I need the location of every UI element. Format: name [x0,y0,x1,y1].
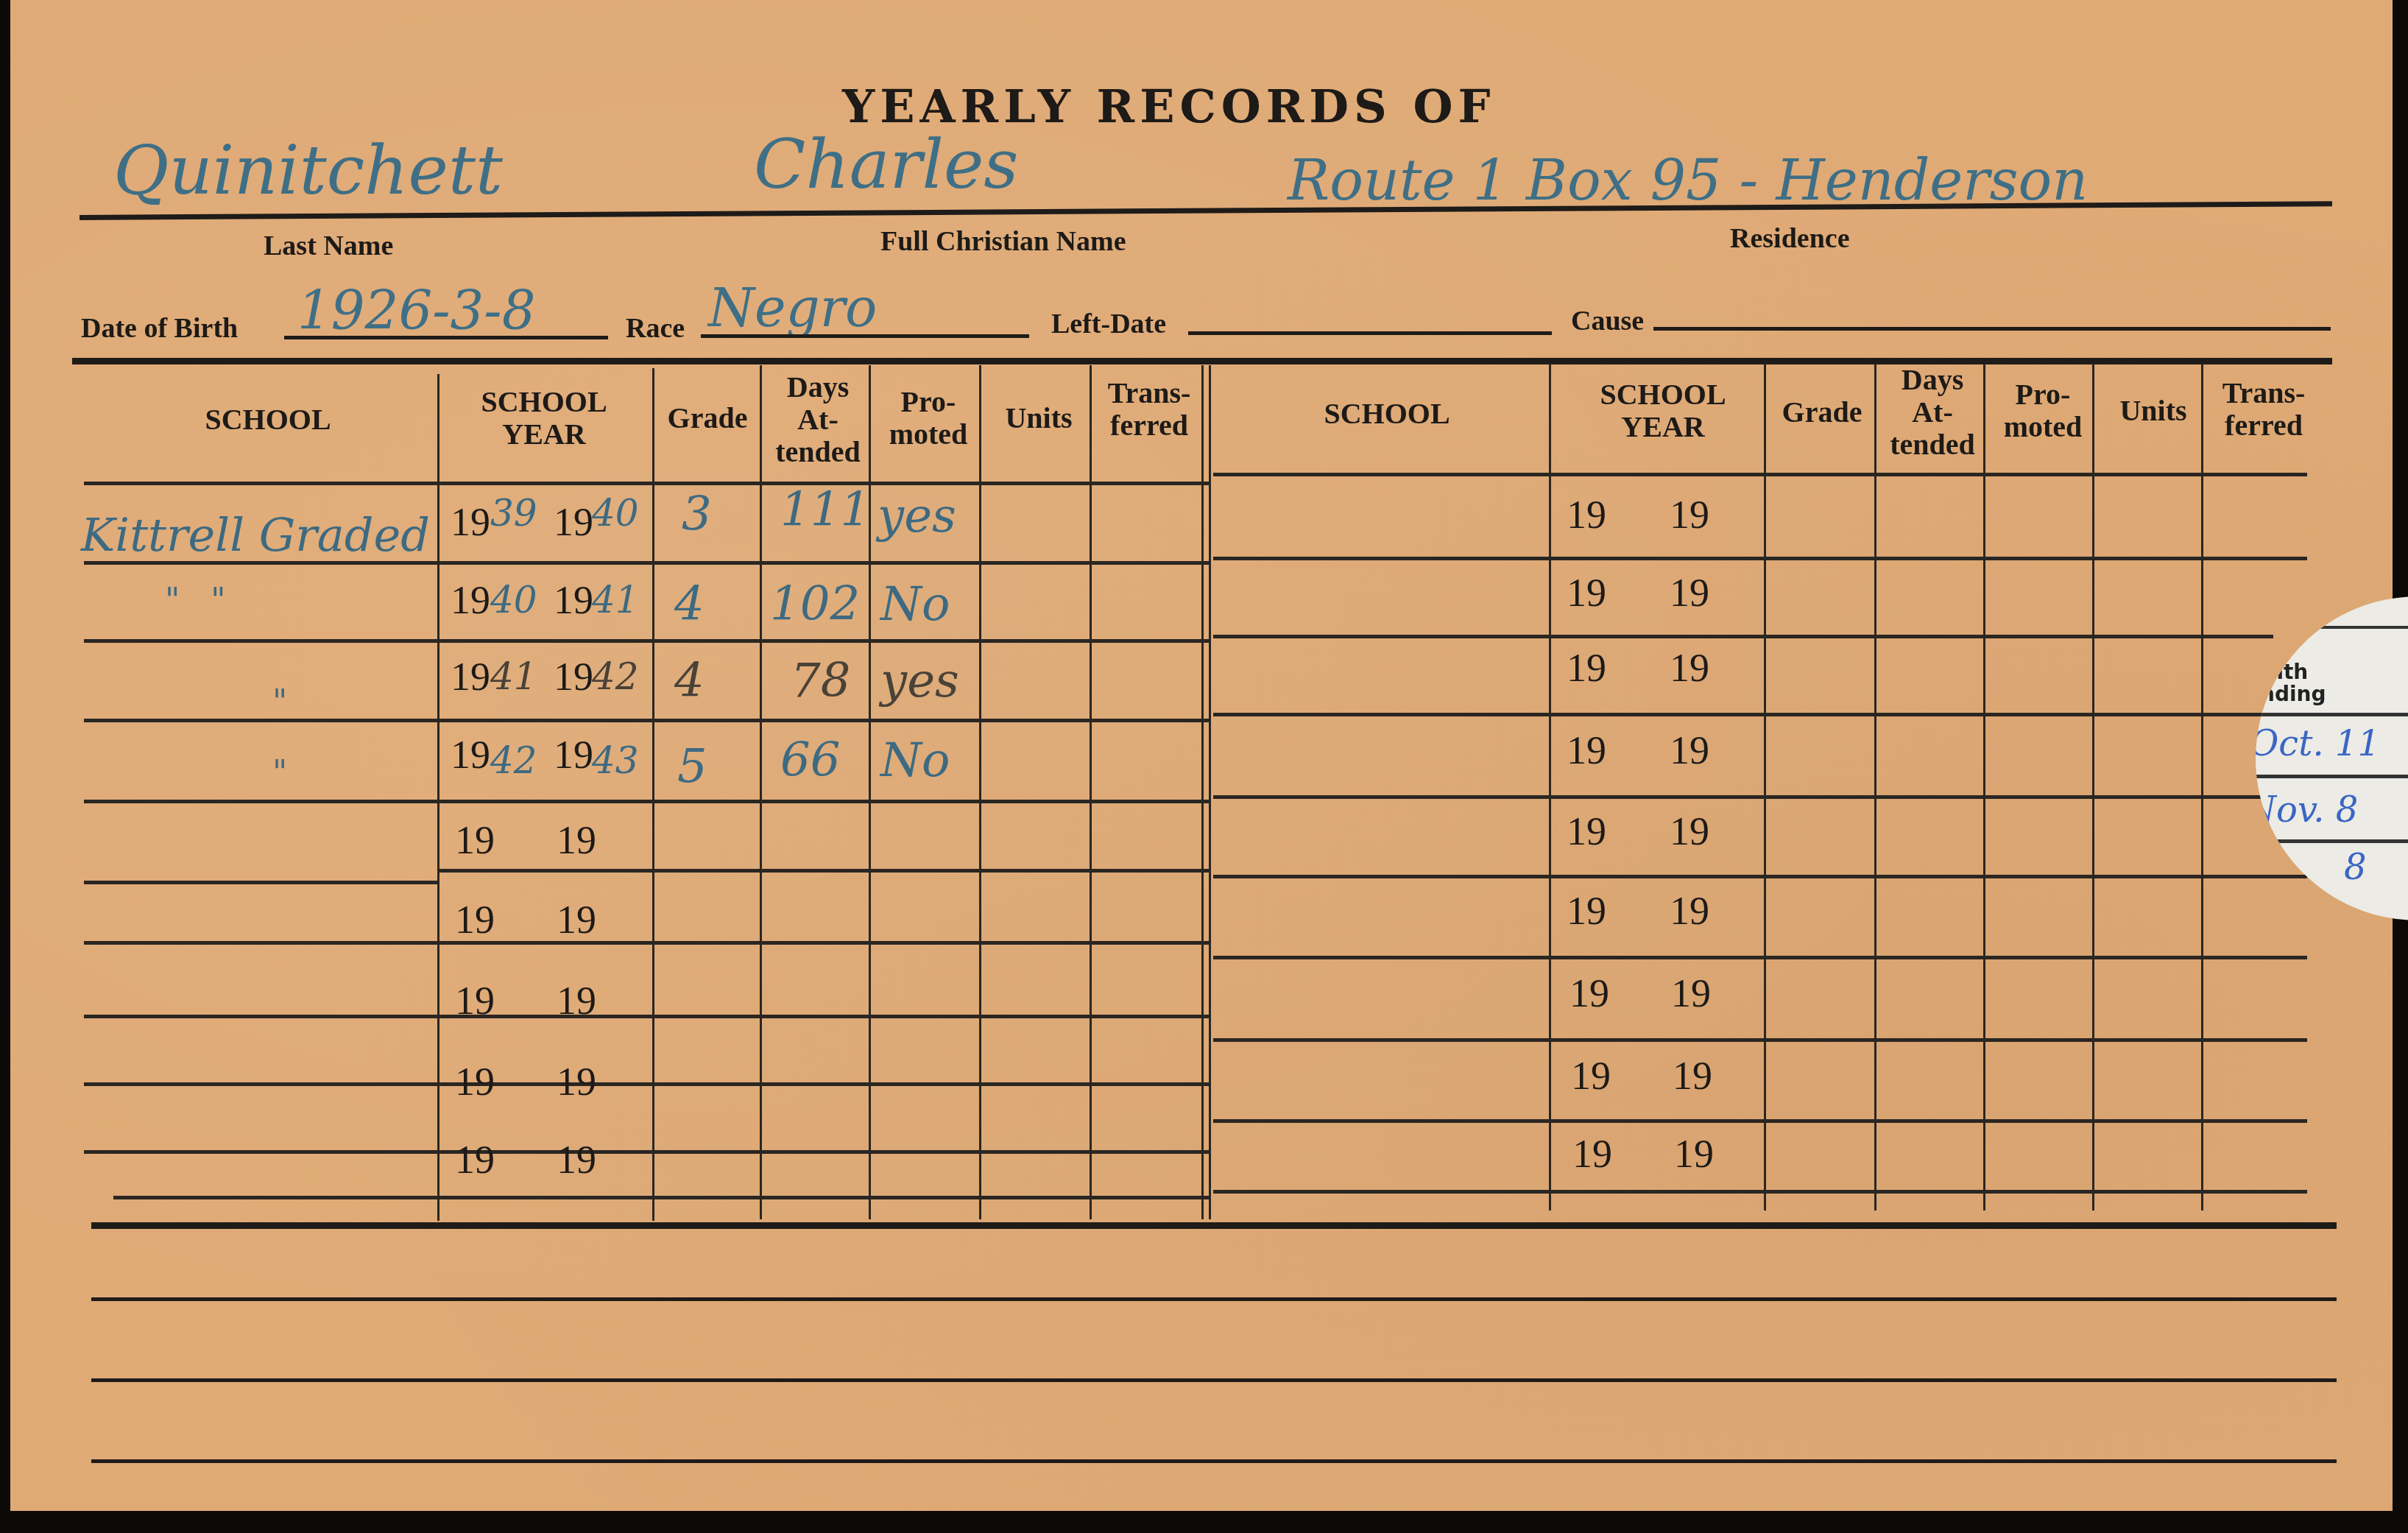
row-line [1213,795,2273,799]
grid-line [1983,364,1985,1210]
cell-days: 102 [770,577,860,632]
year-prefix: 19 [1670,570,1709,616]
dob-label: Date of Birth [81,312,238,345]
cell-grade: 5 [677,739,707,794]
right-header-units: Units [2098,395,2208,427]
blank-line [91,1459,2337,1463]
dob-value: 1926-3-8 [297,280,536,342]
cell-days: 66 [780,733,840,788]
cell-year-from: 41 [490,655,537,698]
header-line: YEAR [1556,411,1770,443]
year-prefix: 19 [554,732,593,778]
row-line [84,1015,1209,1018]
year-prefix: 19 [1567,645,1606,691]
right-header-school-year: SCHOOL YEAR [1556,378,1770,443]
cell-school: " [272,683,287,721]
right-header-school: SCHOOL [1218,398,1556,430]
left-header-transferred: Trans- ferred [1094,377,1204,442]
row-line [84,941,1209,945]
left-header-promoted: Pro- moted [873,386,984,451]
grid-line [1090,365,1092,1219]
blank-line [91,1297,2337,1301]
year-prefix: 19 [1567,570,1606,616]
underlying-entry: Oct. 11 [2256,723,2380,764]
year-prefix: 19 [451,732,490,778]
year-prefix: 19 [455,897,495,942]
header-line: tended [763,436,873,468]
right-header-grade: Grade [1767,396,1877,429]
row-line [1213,1190,2307,1194]
left-header-days-attended: Days At- tended [763,371,873,468]
cause-label: Cause [1571,305,1644,337]
year-prefix: 19 [455,1137,495,1183]
residence-label: Residence [1730,222,1850,255]
year-prefix: 19 [1571,1053,1611,1099]
left-header-grade: Grade [652,402,763,434]
year-prefix: 19 [455,817,495,863]
year-prefix: 19 [1670,808,1709,854]
year-prefix: 19 [1670,492,1709,538]
race-label: Race [626,312,685,345]
blank-line [91,1378,2337,1382]
grid-line [1549,364,1551,1210]
grid-line [1874,364,1876,1210]
year-prefix: 19 [1670,888,1709,934]
cell-grade: 4 [674,654,705,708]
header-line: YEAR [437,418,651,451]
right-header-promoted: Pro- moted [1988,378,2098,443]
row-line [84,881,437,884]
year-prefix: 19 [1567,727,1606,773]
grid-line [652,368,654,1221]
year-prefix: 19 [1572,1131,1612,1177]
year-prefix: 19 [1674,1131,1714,1177]
underlying-card-cutout: nth nding Oct. 11 Nov. 8 8 [2256,596,2408,920]
last-name-value: Quinitchett [113,131,503,210]
cell-year-to: 43 [592,739,639,782]
year-prefix: 19 [557,817,596,863]
year-prefix: 19 [1567,808,1606,854]
record-card: YEARLY RECORDS OF Quinitchett Charles Ro… [10,0,2393,1511]
christian-name-value: Charles [754,125,1019,204]
cell-school: Kittrell Graded [81,508,430,562]
cell-promoted: yes [880,654,959,708]
grid-line [2201,364,2203,1210]
cell-days: 78 [791,654,850,708]
left-header-school-year: SCHOOL YEAR [437,386,651,451]
underlying-rule [2256,626,2408,629]
year-prefix: 19 [451,577,490,623]
cell-promoted: yes [878,489,956,543]
year-prefix: 19 [451,654,490,699]
year-prefix: 19 [455,978,495,1023]
underlying-header-2: nding [2260,682,2326,706]
header-line: SCHOOL [437,386,651,418]
cell-year-to: 41 [592,579,639,621]
year-prefix: 19 [1670,727,1709,773]
year-prefix: 19 [554,577,593,623]
year-prefix: 19 [455,1059,495,1104]
christian-name-label: Full Christian Name [880,225,1126,258]
cell-year-from: 42 [490,739,537,782]
cell-grade: 3 [682,487,712,542]
grid-line [437,374,439,1221]
cell-days: 111 [780,483,870,538]
year-prefix: 19 [1567,492,1606,538]
year-prefix: 19 [1671,970,1711,1016]
row-line [84,639,1209,643]
row-line [84,800,1209,803]
header-line: Pro- [1988,378,2098,411]
grid-line [979,365,981,1219]
row-line [84,1082,1209,1086]
race-underline [701,334,1029,338]
row-line [437,869,1209,873]
header-line: At- [1877,396,1988,429]
underlying-entry: 8 [2344,847,2367,888]
row-line [1213,713,2273,716]
header-line: Trans- [2208,377,2319,409]
underlying-header-1: nth [2269,660,2308,684]
dob-underline [284,336,608,339]
row-line [1213,635,2273,638]
right-header-transferred: Trans- ferred [2208,377,2319,442]
year-prefix: 19 [1673,1053,1712,1099]
last-name-label: Last Name [264,230,393,262]
header-line: ferred [1094,409,1204,442]
year-prefix: 19 [1567,888,1606,934]
right-header-days-attended: Days At- tended [1877,364,1988,461]
underlying-rule [2256,713,2408,716]
year-prefix: 19 [1670,645,1709,691]
row-line [1213,1038,2307,1042]
year-prefix: 19 [554,654,593,699]
cell-promoted: No [880,733,950,788]
row-line [1213,557,2307,560]
cell-year-to: 40 [592,492,639,535]
table-top-rule [72,358,2332,364]
left-header-school: SCHOOL [99,403,437,436]
race-value: Negro [708,277,877,339]
cause-underline [1653,327,2331,331]
year-prefix: 19 [1570,970,1609,1016]
table-bottom-rule [91,1222,2337,1229]
header-line: moted [1988,411,2098,443]
row-line [84,1150,1209,1154]
underlying-entry: Nov. 8 [2256,789,2358,831]
row-line [1213,473,2307,476]
grid-line [1764,364,1766,1210]
cell-year-to: 42 [592,655,639,698]
cell-school: " " [165,582,225,619]
row-line [1213,956,2307,959]
cell-year-from: 40 [490,579,537,621]
grid-line [1201,365,1204,1219]
grid-line [760,365,762,1219]
cell-promoted: No [880,577,950,632]
row-line [1213,875,2307,878]
header-line: Days [1877,364,1988,396]
year-prefix: 19 [557,897,596,942]
year-prefix: 19 [451,499,490,545]
year-prefix: 19 [557,1059,596,1104]
year-prefix: 19 [557,1137,596,1183]
header-line: Pro- [873,386,984,418]
cell-school: " [272,754,287,792]
grid-line [2092,364,2094,1210]
row-line [84,482,1209,485]
header-line: At- [763,403,873,436]
row-line [84,719,1209,722]
underlying-rule [2256,839,2408,843]
header-line: ferred [2208,409,2319,442]
row-line [1213,1119,2307,1123]
grid-line [1209,365,1211,1219]
year-prefix: 19 [557,978,596,1023]
row-line [113,1196,1209,1199]
cell-year-from: 39 [490,492,537,535]
left-date-label: Left-Date [1051,308,1166,340]
header-line: SCHOOL [1556,378,1770,411]
left-date-underline [1188,331,1552,335]
cell-grade: 4 [674,577,705,632]
header-line: tended [1877,429,1988,461]
year-prefix: 19 [554,499,593,545]
header-line: moted [873,418,984,451]
left-header-units: Units [984,402,1094,434]
underlying-rule [2256,775,2408,778]
header-line: Trans- [1094,377,1204,409]
header-line: Days [763,371,873,403]
